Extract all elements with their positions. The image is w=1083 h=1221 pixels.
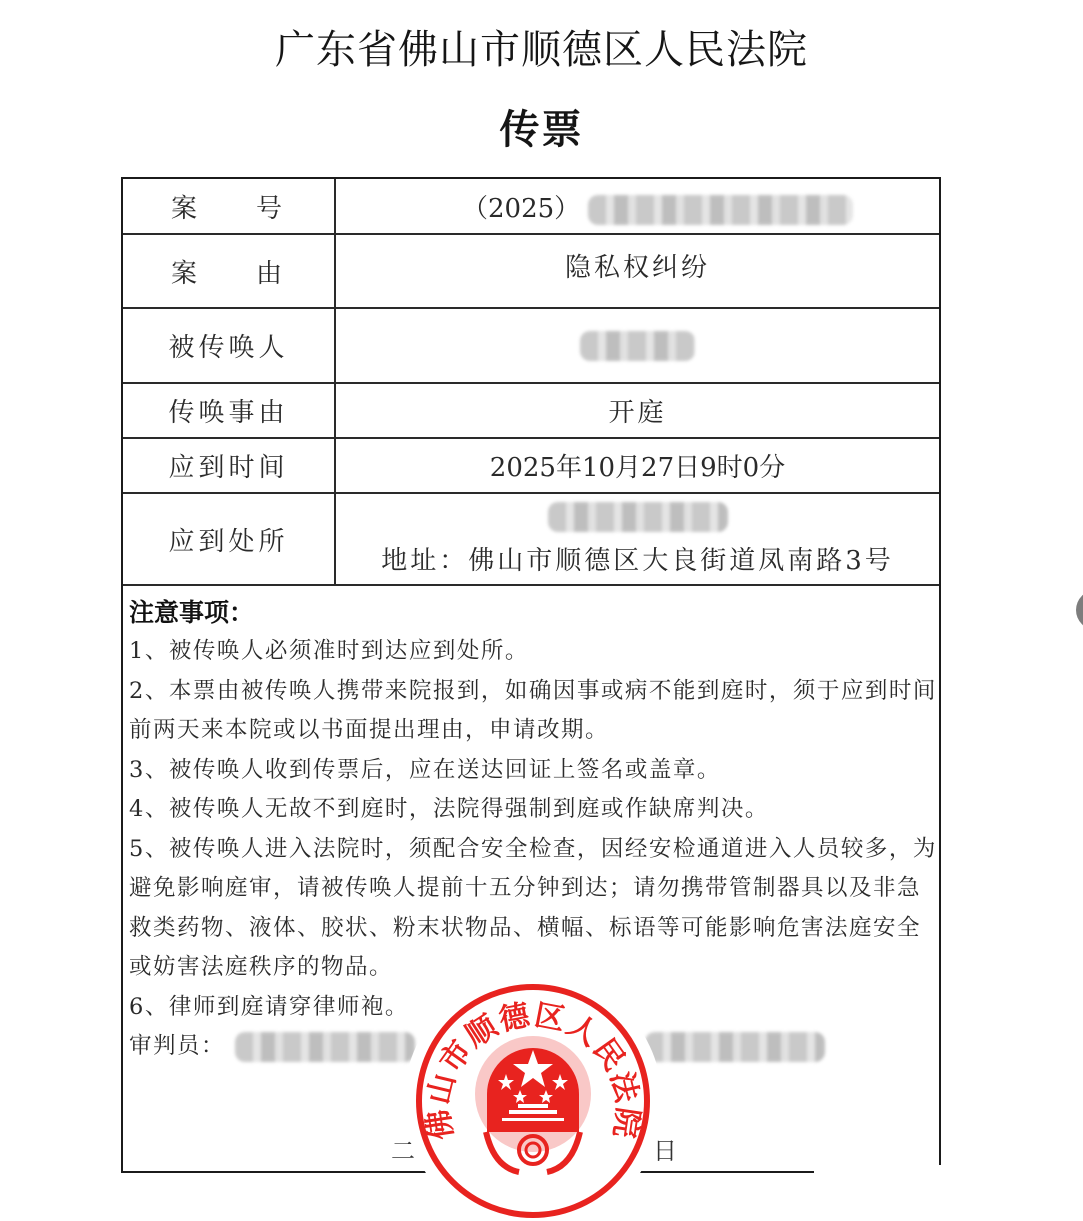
note-item-2: 2、本票由被传唤人携带来院报到，如确因事或病不能到庭时，须于应到时间前两天来本院… bbox=[129, 672, 941, 751]
value-case-number: （2025） bbox=[335, 179, 939, 234]
label-case-cause: 案 由 bbox=[123, 234, 335, 308]
value-appear-place: 地址：佛山市顺德区大良街道凤南路3号 bbox=[335, 493, 939, 585]
row-appear-place: 应到处所 地址：佛山市顺德区大良街道凤南路3号 bbox=[123, 493, 939, 585]
label-case-number: 案 号 bbox=[123, 179, 335, 234]
side-scroll-handle[interactable] bbox=[1076, 590, 1083, 630]
court-address: 地址：佛山市顺德区大良街道凤南路3号 bbox=[336, 540, 939, 577]
label-summoned-person: 被传唤人 bbox=[123, 308, 335, 383]
note-item-5: 5、被传唤人进入法院时，须配合安全检查，因经安检通道进入人员较多，为避免影响庭审… bbox=[129, 830, 941, 988]
court-seal: 佛山市顺德区人民法院 bbox=[414, 982, 652, 1220]
note-item-3: 3、被传唤人收到传票后，应在送达回证上签名或盖章。 bbox=[129, 751, 941, 791]
row-appear-time: 应到时间 2025年10月27日9时0分 bbox=[123, 438, 939, 493]
notes-heading: 注意事项： bbox=[129, 594, 941, 632]
redacted-summoned-person bbox=[580, 331, 695, 361]
label-appear-time: 应到时间 bbox=[123, 438, 335, 493]
row-case-cause: 案 由 隐私权纠纷 bbox=[123, 234, 939, 308]
redacted-judge-name bbox=[235, 1032, 415, 1062]
value-case-cause: 隐私权纠纷 bbox=[335, 234, 939, 308]
date-fragment-right: 日 bbox=[653, 1131, 677, 1166]
court-seal-icon: 佛山市顺德区人民法院 bbox=[414, 982, 652, 1220]
value-appear-time: 2025年10月27日9时0分 bbox=[335, 438, 939, 493]
note-item-4: 4、被传唤人无故不到庭时，法院得强制到庭或作缺席判决。 bbox=[129, 790, 941, 830]
judge-label: 审判员： bbox=[129, 1027, 225, 1067]
redacted-clerk-name bbox=[645, 1032, 825, 1062]
row-summoned-person: 被传唤人 bbox=[123, 308, 939, 383]
note-item-1: 1、被传唤人必须准时到达应到处所。 bbox=[129, 632, 941, 672]
value-summons-reason: 开庭 bbox=[335, 383, 939, 438]
label-summons-reason: 传唤事由 bbox=[123, 383, 335, 438]
document-title: 传票 bbox=[0, 98, 1083, 155]
date-fragment-left: 二 bbox=[391, 1131, 415, 1166]
value-summoned-person bbox=[335, 308, 939, 383]
row-case-number: 案 号 （2025） bbox=[123, 179, 939, 234]
summons-info-table: 案 号 （2025） 案 由 隐私权纠纷 被传唤人 bbox=[123, 179, 939, 586]
label-appear-place: 应到处所 bbox=[123, 493, 335, 585]
row-summons-reason: 传唤事由 开庭 bbox=[123, 383, 939, 438]
bottom-border-gap bbox=[814, 1165, 944, 1173]
court-name: 广东省佛山市顺德区人民法院 bbox=[0, 18, 1083, 75]
redacted-appear-place bbox=[548, 502, 728, 532]
redacted-case-number bbox=[588, 195, 853, 225]
